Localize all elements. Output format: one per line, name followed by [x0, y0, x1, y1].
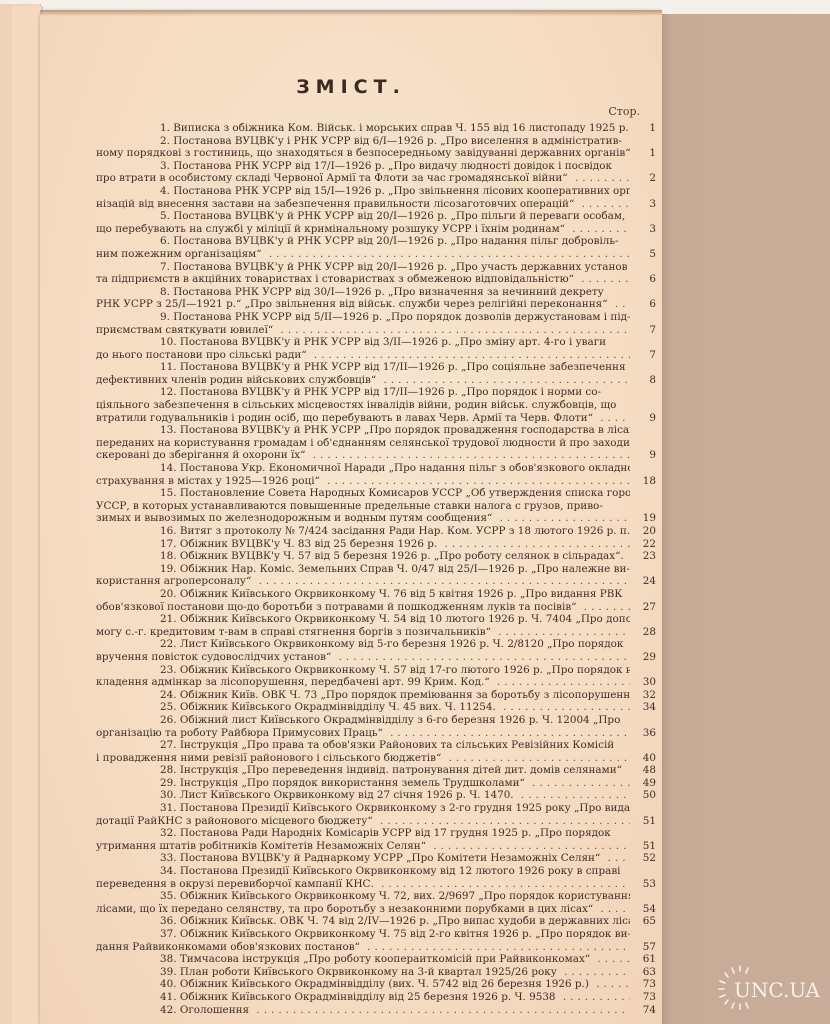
toc-entry-text: 27. Інструкція „Про права та обов'язки Р…: [96, 739, 630, 752]
toc-page-number: 3: [634, 198, 656, 211]
toc-page-number: 36: [634, 727, 656, 740]
toc-entry-text: скеровані до зберігання й охорони їх“ ..…: [96, 449, 630, 462]
toc-entry-text: 21. Обіжник Київського Окрвиконкому Ч. 5…: [96, 613, 630, 626]
toc-entry: 39. План роботи Київського Окрвиконкому …: [96, 966, 656, 979]
leader-dots: ........................................…: [426, 840, 630, 852]
toc-page-number: 57: [634, 941, 656, 954]
toc-page-number: 2: [634, 172, 656, 185]
toc-entry-text: УССР, в которых устанавливаются повышенн…: [96, 500, 630, 513]
leader-dots: ........................................…: [273, 324, 630, 336]
toc-page-number: 73: [634, 978, 656, 991]
toc-entry-text: ному порядкові з гостиниць, що знаходять…: [96, 147, 630, 160]
leader-dots: ........................................…: [262, 248, 630, 260]
toc-page-number: 63: [634, 966, 656, 979]
leader-dots: ........................................…: [251, 575, 630, 587]
toc-entry: 23. Обіжник Київського Окрвиконкому Ч. 5…: [96, 664, 656, 689]
toc-page-number: 65: [634, 915, 656, 928]
toc-entry-text: лісами, що їх передано селянству, та про…: [96, 903, 630, 916]
toc-page-number: 34: [634, 701, 656, 714]
toc-entry-text: вручення повісток судовослідчих установ“…: [96, 651, 630, 664]
toc-page-number: 30: [634, 676, 656, 689]
toc-page-number: 3: [634, 223, 656, 236]
toc-entry-text: ним пожежним організаціям“ .............…: [96, 248, 630, 261]
toc-entry-text: 6. Постанова ВУЦВК'у й РНК УСРР від 20/І…: [96, 235, 630, 248]
toc-entry: 21. Обіжник Київського Окрвиконкому Ч. 5…: [96, 613, 656, 638]
leader-dots: ........................................…: [249, 1004, 630, 1016]
toc-entry-text: 32. Постанова Ради Народніх Комісарів УС…: [96, 827, 630, 840]
page-title: ЗМІСТ.: [40, 76, 662, 98]
leader-dots: ........................................…: [496, 701, 630, 713]
toc-entry: 7. Постанова ВУЦВК'у й РНК УСРР від 20/І…: [96, 261, 656, 286]
toc-page-number: 24: [634, 575, 656, 588]
toc-entry-text: дотації РайКНС з районового місцевого бю…: [96, 815, 630, 828]
toc-entry-text: 41. Обіжник Київського Окрадмінвідділу в…: [96, 991, 630, 1004]
table-of-contents: 1. Виписка з обіжника Ком. Військ. і мор…: [96, 122, 656, 1016]
toc-entry: 35. Обіжник Київського Окрвиконкому Ч. 7…: [96, 890, 656, 915]
toc-page-number: 52: [634, 852, 656, 865]
toc-entry: 30. Лист Київського Окрвиконкому від 27 …: [96, 789, 656, 802]
leader-dots: ........................................…: [593, 412, 630, 424]
toc-entry: 26. Обіжний лист Київського Окрадмінвідд…: [96, 714, 656, 739]
leader-dots: ........................................…: [576, 601, 630, 613]
toc-entry-text: 36. Обіжник Київськ. ОВК Ч. 74 від 2/IV—…: [96, 915, 630, 928]
leader-dots: ........................................…: [441, 752, 630, 764]
toc-entry: 17. Обіжник ВУЦВК'у Ч. 83 від 25 березня…: [96, 538, 656, 551]
toc-entry: 6. Постанова ВУЦВК'у й РНК УСРР від 20/І…: [96, 235, 656, 260]
leader-dots: ........................................…: [331, 651, 630, 663]
page-edge-middle: [12, 6, 43, 1024]
toc-page-number: 6: [634, 273, 656, 286]
toc-entry-text: 42. Оголошення .........................…: [96, 1004, 630, 1017]
toc-page-number: 32: [634, 689, 656, 702]
toc-entry-text: 8. Постанова РНК УСРР від 30/І—1926 р. „…: [96, 286, 630, 299]
toc-entry: 22. Лист Київського Окрвиконкому від 5-г…: [96, 638, 656, 663]
toc-entry: 41. Обіжник Київського Окрадмінвідділу в…: [96, 991, 656, 1004]
toc-entry: 10. Постанова ВУЦВК'у й РНК УСРР від 3/І…: [96, 336, 656, 361]
toc-entry: 14. Постанова Укр. Економичної Наради „П…: [96, 462, 656, 487]
toc-entry-text: 33. Постанова ВУЦВК'у й Раднаркому УСРР …: [96, 852, 630, 865]
leader-dots: ........................................…: [491, 626, 630, 638]
toc-entry: 12. Постанова ВУЦВК'у й РНК УСРР від 17/…: [96, 386, 656, 424]
toc-entry: 32. Постанова Ради Народніх Комісарів УС…: [96, 827, 656, 852]
toc-entry-text: 34. Постанова Президії Київського Окрвик…: [96, 865, 630, 878]
toc-page-number: 9: [634, 412, 656, 425]
leader-dots: ........................................…: [320, 475, 630, 487]
leader-dots: ........................................…: [307, 349, 630, 361]
toc-entry-text: і провадження ними ревізії районового і …: [96, 752, 630, 765]
toc-page-number: 50: [634, 789, 656, 802]
toc-entry-text: 24. Обіжник Київ. ОВК Ч. 73 „Про порядок…: [96, 689, 630, 702]
toc-entry-text: зимых и вывозимых по железнодорожным и в…: [96, 512, 630, 525]
leader-dots: ........................................…: [574, 198, 630, 210]
toc-entry: 3. Постанова РНК УСРР від 17/І—1926 р. „…: [96, 160, 656, 185]
leader-dots: ........................................…: [590, 953, 630, 965]
leader-dots: ........................................…: [629, 122, 630, 134]
toc-entry-text: 1. Виписка з обіжника Ком. Військ. і мор…: [96, 122, 630, 135]
toc-entry-text: 30. Лист Київського Окрвиконкому від 27 …: [96, 789, 630, 802]
toc-entry: 42. Оголошення .........................…: [96, 1004, 656, 1017]
toc-entry: 19. Обіжник Нар. Коміс. Земельних Справ …: [96, 563, 656, 588]
leader-dots: ........................................…: [556, 991, 630, 1003]
toc-entry-text: 26. Обіжний лист Київського Окрадмінвідд…: [96, 714, 630, 727]
toc-entry: 29. Інструкція „Про порядок використання…: [96, 777, 656, 790]
leader-dots: ........................................…: [373, 815, 630, 827]
toc-entry-text: 39. План роботи Київського Окрвиконкому …: [96, 966, 630, 979]
leader-dots: ........................................…: [593, 903, 630, 915]
watermark-text: UNC.UA: [734, 978, 820, 1002]
toc-entry: 24. Обіжник Київ. ОВК Ч. 73 „Про порядок…: [96, 689, 656, 702]
leader-dots: ........................................…: [574, 273, 630, 285]
leader-dots: ........................................…: [374, 878, 630, 890]
toc-entry: 25. Обіжник Київського Окрадмінвідділу Ч…: [96, 701, 656, 714]
toc-page-number: 54: [634, 903, 656, 916]
toc-entry-text: 22. Лист Київського Окрвиконкому від 5-г…: [96, 638, 630, 651]
toc-entry: 40. Обіжник Київського Окрадмінвідділу (…: [96, 978, 656, 991]
toc-page-number: 73: [634, 991, 656, 1004]
toc-entry: 2. Постанова ВУЦВК'у і РНК УСРР від 6/І—…: [96, 135, 656, 160]
toc-entry-text: РНК УСРР з 25/І—1921 р.“ „Про звільнення…: [96, 298, 630, 311]
leader-dots: ........................................…: [557, 966, 630, 978]
toc-entry-text: дання Райвиконкомами обов'язкових постан…: [96, 941, 630, 954]
toc-entry: 27. Інструкція „Про права та обов'язки Р…: [96, 739, 656, 764]
leader-dots: ........................................…: [492, 512, 630, 524]
toc-entry-text: 9. Постанова РНК УСРР від 5/ІІ—1926 р. „…: [96, 311, 630, 324]
toc-entry-text: 4. Постанова РНК УСРР від 15/І—1926 р. „…: [96, 185, 630, 198]
toc-entry-text: організацію та роботу Райбюра Примусових…: [96, 727, 630, 740]
book-cover-background: [662, 14, 830, 1024]
toc-page-number: 18: [634, 475, 656, 488]
toc-entry-text: користання агроперсоналу“ ..............…: [96, 575, 630, 588]
toc-entry-text: 3. Постанова РНК УСРР від 17/І—1926 р. „…: [96, 160, 630, 173]
leader-dots: ........................................…: [490, 676, 630, 688]
toc-page-number: 27: [634, 601, 656, 614]
toc-page-number: 7: [634, 324, 656, 337]
toc-entry: 20. Обіжник Київського Окрвиконкому Ч. 7…: [96, 588, 656, 613]
toc-entry-text: до нього постанови про сільські ради“ ..…: [96, 349, 630, 362]
toc-entry-text: кладення адмінкар за лісопорушення, пере…: [96, 676, 630, 689]
toc-entry-text: 20. Обіжник Київського Окрвиконкому Ч. 7…: [96, 588, 630, 601]
toc-entry-text: 11. Постанова ВУЦВК'у й РНК УСРР від 17/…: [96, 361, 630, 374]
leader-dots: ........................................…: [624, 550, 630, 562]
toc-entry-text: 16. Витяг з протоколу № 7/424 засідання …: [96, 525, 630, 538]
toc-entry-text: 13. Постанова ВУЦВК'у й РНК УСРР „Про по…: [96, 424, 630, 437]
toc-entry-text: 17. Обіжник ВУЦВК'у Ч. 83 від 25 березня…: [96, 538, 630, 551]
toc-entry: 4. Постанова РНК УСРР від 15/І—1926 р. „…: [96, 185, 656, 210]
toc-page-number: 61: [634, 953, 656, 966]
toc-entry: 36. Обіжник Київськ. ОВК Ч. 74 від 2/IV—…: [96, 915, 656, 928]
toc-entry: 15. Постановление Совета Народных Комиса…: [96, 487, 656, 525]
leader-dots: ........................................…: [360, 941, 630, 953]
leader-dots: ........................................…: [383, 727, 630, 739]
toc-entry-text: нізацій від внесення застави на забезпеч…: [96, 198, 630, 211]
toc-entry-text: та підприємств в акційних товариствах і …: [96, 273, 630, 286]
leader-dots: ........................................…: [376, 374, 630, 386]
toc-entry: 31. Постанова Президії Київського Окрвик…: [96, 802, 656, 827]
leader-dots: ........................................…: [622, 764, 630, 776]
toc-page-number: 51: [634, 815, 656, 828]
toc-entry: 38. Тимчасова інструкція „Про роботу коо…: [96, 953, 656, 966]
toc-page-number: 1: [634, 147, 656, 160]
toc-page-number: 40: [634, 752, 656, 765]
toc-entry: 9. Постанова РНК УСРР від 5/ІІ—1926 р. „…: [96, 311, 656, 336]
toc-page-number: 6: [634, 298, 656, 311]
toc-entry: 33. Постанова ВУЦВК'у й Раднаркому УСРР …: [96, 852, 656, 865]
toc-entry: 18. Обіжник ВУЦВК'у Ч. 57 від 5 березня …: [96, 550, 656, 563]
toc-page-number: 8: [634, 374, 656, 387]
toc-entry-text: 18. Обіжник ВУЦВК'у Ч. 57 від 5 березня …: [96, 550, 630, 563]
leader-dots: ........................................…: [589, 978, 630, 990]
toc-entry-text: втратили годувальників і родин осіб, що …: [96, 412, 630, 425]
leader-dots: ........................................…: [525, 777, 630, 789]
toc-page-number: 22: [634, 538, 656, 551]
toc-entry: 37. Обіжник Київського Окрвиконкому Ч. 7…: [96, 928, 656, 953]
toc-entry-text: обов'язкової постанови що-до боротьби з …: [96, 601, 630, 614]
toc-page-number: 48: [634, 764, 656, 777]
toc-entry: 34. Постанова Президії Київського Окрвик…: [96, 865, 656, 890]
toc-entry: 11. Постанова ВУЦВК'у й РНК УСРР від 17/…: [96, 361, 656, 386]
toc-entry-text: 19. Обіжник Нар. Коміс. Земельних Справ …: [96, 563, 630, 576]
toc-entry-text: 37. Обіжник Київського Окрвиконкому Ч. 7…: [96, 928, 630, 941]
document-page: ЗМІСТ. Стор. 1. Виписка з обіжника Ком. …: [40, 10, 662, 1024]
toc-entry-text: що перебувають на службі у міліції й кри…: [96, 223, 630, 236]
leader-dots: ........................................…: [600, 852, 630, 864]
toc-page-number: 29: [634, 651, 656, 664]
toc-page-number: 5: [634, 248, 656, 261]
leader-dots: ........................................…: [305, 449, 630, 461]
toc-entry-text: дефективних членів родин військових служ…: [96, 374, 630, 387]
toc-entry-text: 14. Постанова Укр. Економичної Наради „П…: [96, 462, 630, 475]
toc-entry-text: могу с.-г. кредитовим т-вам в справі стя…: [96, 626, 630, 639]
toc-page-number: 49: [634, 777, 656, 790]
toc-entry-text: утримання штатів робітників Комітетів Не…: [96, 840, 630, 853]
toc-entry-text: 28. Інструкція „Про переведення індивід.…: [96, 764, 630, 777]
toc-page-number: 1: [634, 122, 656, 135]
toc-entry-text: про втрати в особистому складі Червоної …: [96, 172, 630, 185]
toc-page-number: 74: [634, 1004, 656, 1017]
toc-entry-text: 12. Постанова ВУЦВК'у й РНК УСРР від 17/…: [96, 386, 630, 399]
toc-entry-text: 10. Постанова ВУЦВК'у й РНК УСРР від 3/І…: [96, 336, 630, 349]
toc-entry: 1. Виписка з обіжника Ком. Військ. і мор…: [96, 122, 656, 135]
toc-entry-text: переданих на користування громадам і об'…: [96, 437, 630, 450]
toc-entry-text: 25. Обіжник Київського Окрадмінвідділу Ч…: [96, 701, 630, 714]
toc-page-number: 20: [634, 525, 656, 538]
leader-dots: ........................................…: [568, 172, 630, 184]
leader-dots: ........................................…: [608, 298, 630, 310]
toc-page-number: 9: [634, 449, 656, 462]
toc-entry-text: приємствам святкувати ювилеї“ ..........…: [96, 324, 630, 337]
toc-entry: 13. Постанова ВУЦВК'у й РНК УСРР „Про по…: [96, 424, 656, 462]
toc-entry-text: 23. Обіжник Київського Окрвиконкому Ч. 5…: [96, 664, 630, 677]
toc-page-number: 19: [634, 512, 656, 525]
toc-entry: 5. Постанова ВУЦВК'у й РНК УСРР від 20/І…: [96, 210, 656, 235]
toc-entry-text: 38. Тимчасова інструкція „Про роботу коо…: [96, 953, 630, 966]
toc-entry: 8. Постанова РНК УСРР від 30/І—1926 р. „…: [96, 286, 656, 311]
toc-entry-text: 2. Постанова ВУЦВК'у і РНК УСРР від 6/І—…: [96, 135, 630, 148]
toc-entry-text: переведення в окрузі перевиборчої кампан…: [96, 878, 630, 891]
toc-entry: 28. Інструкція „Про переведення індивід.…: [96, 764, 656, 777]
toc-entry-text: 15. Постановление Совета Народных Комиса…: [96, 487, 630, 500]
leader-dots: ........................................…: [514, 789, 630, 801]
toc-page-number: 28: [634, 626, 656, 639]
toc-entry-text: 35. Обіжник Київського Окрвиконкому Ч. 7…: [96, 890, 630, 903]
page-column-header: Стор.: [608, 105, 640, 118]
toc-entry-text: 5. Постанова ВУЦВК'у й РНК УСРР від 20/І…: [96, 210, 630, 223]
leader-dots: ........................................…: [565, 223, 630, 235]
toc-entry-text: 40. Обіжник Київського Окрадмінвідділу (…: [96, 978, 630, 991]
toc-page-number: 23: [634, 550, 656, 563]
toc-entry-text: 29. Інструкція „Про порядок використання…: [96, 777, 630, 790]
toc-page-number: 53: [634, 878, 656, 891]
toc-entry: 16. Витяг з протоколу № 7/424 засідання …: [96, 525, 656, 538]
leader-dots: ........................................…: [437, 538, 630, 550]
toc-page-number: 51: [634, 840, 656, 853]
toc-entry-text: 7. Постанова ВУЦВК'у й РНК УСРР від 20/І…: [96, 261, 630, 274]
toc-entry-text: страхування в містах у 1925—1926 році“ .…: [96, 475, 630, 488]
toc-entry-text: 31. Постанова Президії Київського Окрвик…: [96, 802, 630, 815]
toc-page-number: 7: [634, 349, 656, 362]
toc-entry-text: ціяльного забезпечення в сільських місце…: [96, 399, 630, 412]
